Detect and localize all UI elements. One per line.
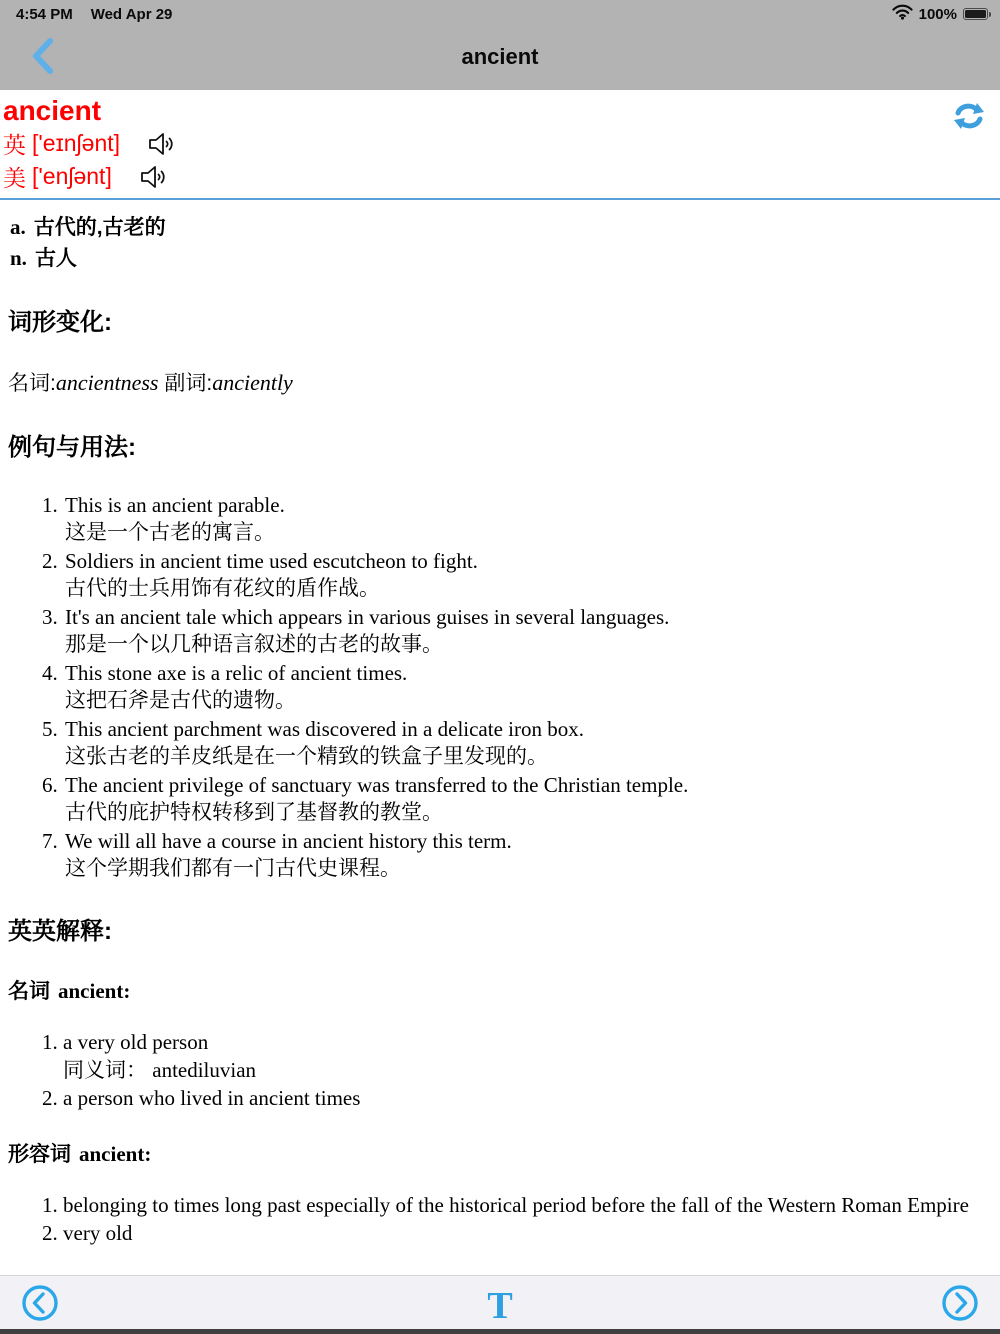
pos-label: n.: [10, 246, 27, 270]
wifi-icon: [892, 4, 913, 24]
noun-subheading: 名词ancient:: [8, 977, 1000, 1006]
noun-word: ancient:: [58, 979, 130, 1003]
adverb-label: 副词:: [164, 372, 212, 395]
example-item: This ancient parchment was discovered in…: [63, 715, 980, 771]
example-item: It's an ancient tale which appears in va…: [63, 603, 980, 659]
uk-label: 英: [3, 127, 26, 160]
definition-text: 古代的,古老的: [34, 216, 166, 239]
definition-text: 古人: [35, 247, 77, 270]
header: 4:54 PM Wed Apr 29 100%: [0, 0, 1000, 90]
us-label: 美: [3, 160, 26, 193]
example-item: The ancient privilege of sanctuary was t…: [63, 771, 980, 827]
section-title-morphology: 词形变化:: [8, 306, 1000, 340]
section-title-english-definitions: 英英解释:: [8, 915, 1000, 949]
battery-icon: [963, 8, 988, 20]
example-list: This is an ancient parable. 这是一个古老的寓言。 S…: [0, 491, 1000, 883]
example-item: This is an ancient parable. 这是一个古老的寓言。: [63, 491, 980, 547]
example-item: This stone axe is a relic of ancient tim…: [63, 659, 980, 715]
us-pronunciation-row: 美 ['enʃənt]: [3, 160, 1000, 193]
example-zh: 古代的庇护特权转移到了基督教的教堂。: [65, 799, 980, 827]
previous-entry-button[interactable]: [20, 1283, 60, 1323]
us-phonetic: ['enʃənt]: [32, 163, 112, 190]
synonym-line: 同义词： antediluvian: [63, 1056, 980, 1084]
refresh-icon[interactable]: [952, 100, 986, 137]
example-item: Soldiers in ancient time used escutcheon…: [63, 547, 980, 603]
noun-definition-list: a very old person 同义词： antediluvian a pe…: [0, 1028, 1000, 1112]
screen-bottom-strip: [0, 1329, 1000, 1334]
next-entry-button[interactable]: [940, 1283, 980, 1323]
example-en: This stone axe is a relic of ancient tim…: [65, 659, 980, 687]
definition-text: very old: [63, 1219, 980, 1247]
example-zh: 这个学期我们都有一门古代史课程。: [65, 855, 980, 883]
circled-chevron-left-icon: [20, 1283, 60, 1323]
nav-bar: ancient: [0, 24, 1000, 90]
definition-text: a very old person: [63, 1028, 980, 1056]
definition-item: a very old person 同义词： antediluvian: [63, 1028, 980, 1084]
adjective-pos: 形容词: [8, 1143, 71, 1166]
word-header: ancient 英 ['eɪnʃənt] 美 ['enʃənt]: [0, 90, 1000, 193]
morphology-line: 名词:ancientness 副词:anciently: [8, 368, 1000, 399]
noun-label: 名词:: [8, 372, 56, 395]
example-en: This is an ancient parable.: [65, 491, 980, 519]
battery-percent: 100%: [919, 6, 957, 23]
definition-row: a.古代的,古老的: [10, 212, 1000, 243]
example-item: We will all have a course in ancient his…: [63, 827, 980, 883]
example-zh: 那是一个以几种语言叙述的古老的故事。: [65, 631, 980, 659]
uk-speaker-icon[interactable]: [146, 131, 176, 157]
example-zh: 古代的士兵用饰有花纹的盾作战。: [65, 575, 980, 603]
definition-text: belonging to times long past especially …: [63, 1191, 980, 1219]
status-time: 4:54 PM: [16, 6, 73, 23]
adjective-word: ancient:: [79, 1142, 151, 1166]
example-en: The ancient privilege of sanctuary was t…: [65, 771, 980, 799]
us-speaker-icon[interactable]: [138, 164, 168, 190]
headword: ancient: [3, 95, 1000, 127]
definition-item: a person who lived in ancient times: [63, 1084, 980, 1112]
example-en: This ancient parchment was discovered in…: [65, 715, 980, 743]
definition-row: n.古人: [10, 243, 1000, 274]
example-zh: 这把石斧是古代的遗物。: [65, 687, 980, 715]
status-date: Wed Apr 29: [91, 6, 173, 23]
definition-item: very old: [63, 1219, 980, 1247]
status-bar: 4:54 PM Wed Apr 29 100%: [0, 0, 1000, 24]
text-size-button[interactable]: T: [487, 1281, 512, 1331]
page-title: ancient: [0, 24, 1000, 90]
bottom-toolbar: T: [0, 1275, 1000, 1329]
adjective-definition-list: belonging to times long past especially …: [0, 1191, 1000, 1247]
example-zh: 这张古老的羊皮纸是在一个精致的铁盒子里发现的。: [65, 743, 980, 771]
definition-text: a person who lived in ancient times: [63, 1084, 980, 1112]
section-title-examples: 例句与用法:: [8, 431, 1000, 465]
example-en: It's an ancient tale which appears in va…: [65, 603, 980, 631]
circled-chevron-right-icon: [940, 1283, 980, 1323]
adverb-form: anciently: [212, 370, 293, 395]
pos-label: a.: [10, 215, 26, 239]
uk-phonetic: ['eɪnʃənt]: [32, 130, 120, 157]
uk-pronunciation-row: 英 ['eɪnʃənt]: [3, 127, 1000, 160]
example-zh: 这是一个古老的寓言。: [65, 519, 980, 547]
noun-form: ancientness: [56, 370, 159, 395]
adjective-subheading: 形容词ancient:: [8, 1140, 1000, 1169]
definitions: a.古代的,古老的 n.古人: [0, 200, 1000, 274]
noun-pos: 名词: [8, 980, 50, 1003]
example-en: We will all have a course in ancient his…: [65, 827, 980, 855]
definition-item: belonging to times long past especially …: [63, 1191, 980, 1219]
example-en: Soldiers in ancient time used escutcheon…: [65, 547, 980, 575]
